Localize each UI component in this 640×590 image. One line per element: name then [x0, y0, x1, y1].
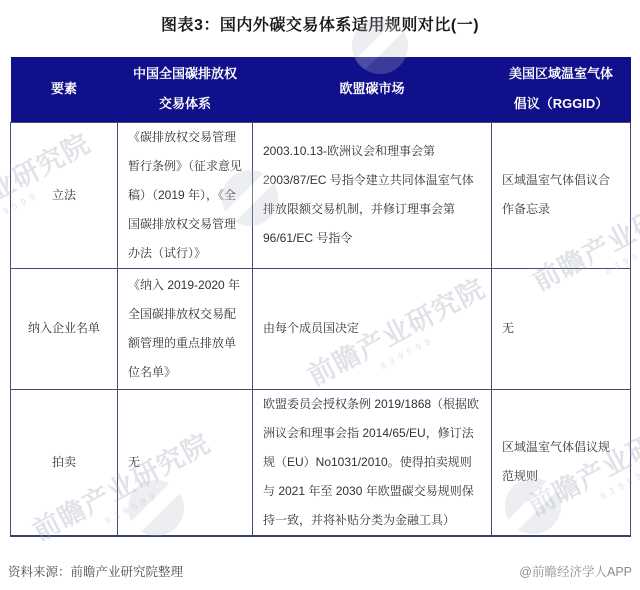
- header-label: 倡议（RGGID）: [494, 89, 629, 119]
- us-cell: 区域温室气体倡议规范规则: [492, 389, 631, 536]
- header-label: 中国全国碳排放权: [120, 59, 251, 89]
- factor-cell: 立法: [11, 122, 118, 268]
- source-note: 资料来源：前瞻产业研究院整理: [8, 562, 183, 580]
- figure-title: 图表3：国内外碳交易体系适用规则对比(一): [0, 12, 640, 35]
- factor-cell: 拍卖: [11, 389, 118, 536]
- us-cell: 区域温室气体倡议合作备忘录: [492, 122, 631, 268]
- eu-cell: 欧盟委员会授权条例 2019/1868（根据欧洲议会和理事会指 2014/65/…: [253, 389, 492, 536]
- header-cell-factor: 要素: [11, 57, 118, 122]
- header-label: 美国区域温室气体: [494, 59, 629, 89]
- header-cell-eu: 欧盟碳市场: [253, 57, 492, 122]
- eu-cell: 由每个成员国决定: [253, 268, 492, 389]
- china-cell: 无: [118, 389, 253, 536]
- figure-footer: 资料来源：前瞻产业研究院整理 @前瞻经济学人APP: [8, 562, 632, 580]
- header-cell-china: 中国全国碳排放权 交易体系: [118, 57, 253, 122]
- china-cell: 《纳入 2019-2020 年全国碳排放权交易配额管理的重点排放单位名单》: [118, 268, 253, 389]
- header-cell-us: 美国区域温室气体 倡议（RGGID）: [492, 57, 631, 122]
- header-label: 要素: [13, 74, 116, 104]
- comparison-table: 要素 中国全国碳排放权 交易体系 欧盟碳市场 美国区域温室气体 倡议（RGGID…: [10, 57, 631, 537]
- header-row: 要素 中国全国碳排放权 交易体系 欧盟碳市场 美国区域温室气体 倡议（RGGID…: [11, 57, 631, 122]
- eu-cell: 2003.10.13-欧洲议会和理事会第 2003/87/EC 号指令建立共同体…: [253, 122, 492, 268]
- header-label: 交易体系: [120, 89, 251, 119]
- credit-note: @前瞻经济学人APP: [519, 562, 632, 580]
- china-cell: 《碳排放权交易管理暂行条例》（征求意见稿）（2019 年），《全国碳排放权交易管…: [118, 122, 253, 268]
- factor-cell: 纳入企业名单: [11, 268, 118, 389]
- table-row: 纳入企业名单 《纳入 2019-2020 年全国碳排放权交易配额管理的重点排放单…: [11, 268, 631, 389]
- table-row: 拍卖 无 欧盟委员会授权条例 2019/1868（根据欧洲议会和理事会指 201…: [11, 389, 631, 536]
- header-label: 欧盟碳市场: [255, 74, 490, 104]
- table-row: 立法 《碳排放权交易管理暂行条例》（征求意见稿）（2019 年），《全国碳排放权…: [11, 122, 631, 268]
- us-cell: 无: [492, 268, 631, 389]
- figure-page: 图表3：国内外碳交易体系适用规则对比(一) 要素 中国全国碳排放权 交易体系 欧…: [0, 0, 640, 590]
